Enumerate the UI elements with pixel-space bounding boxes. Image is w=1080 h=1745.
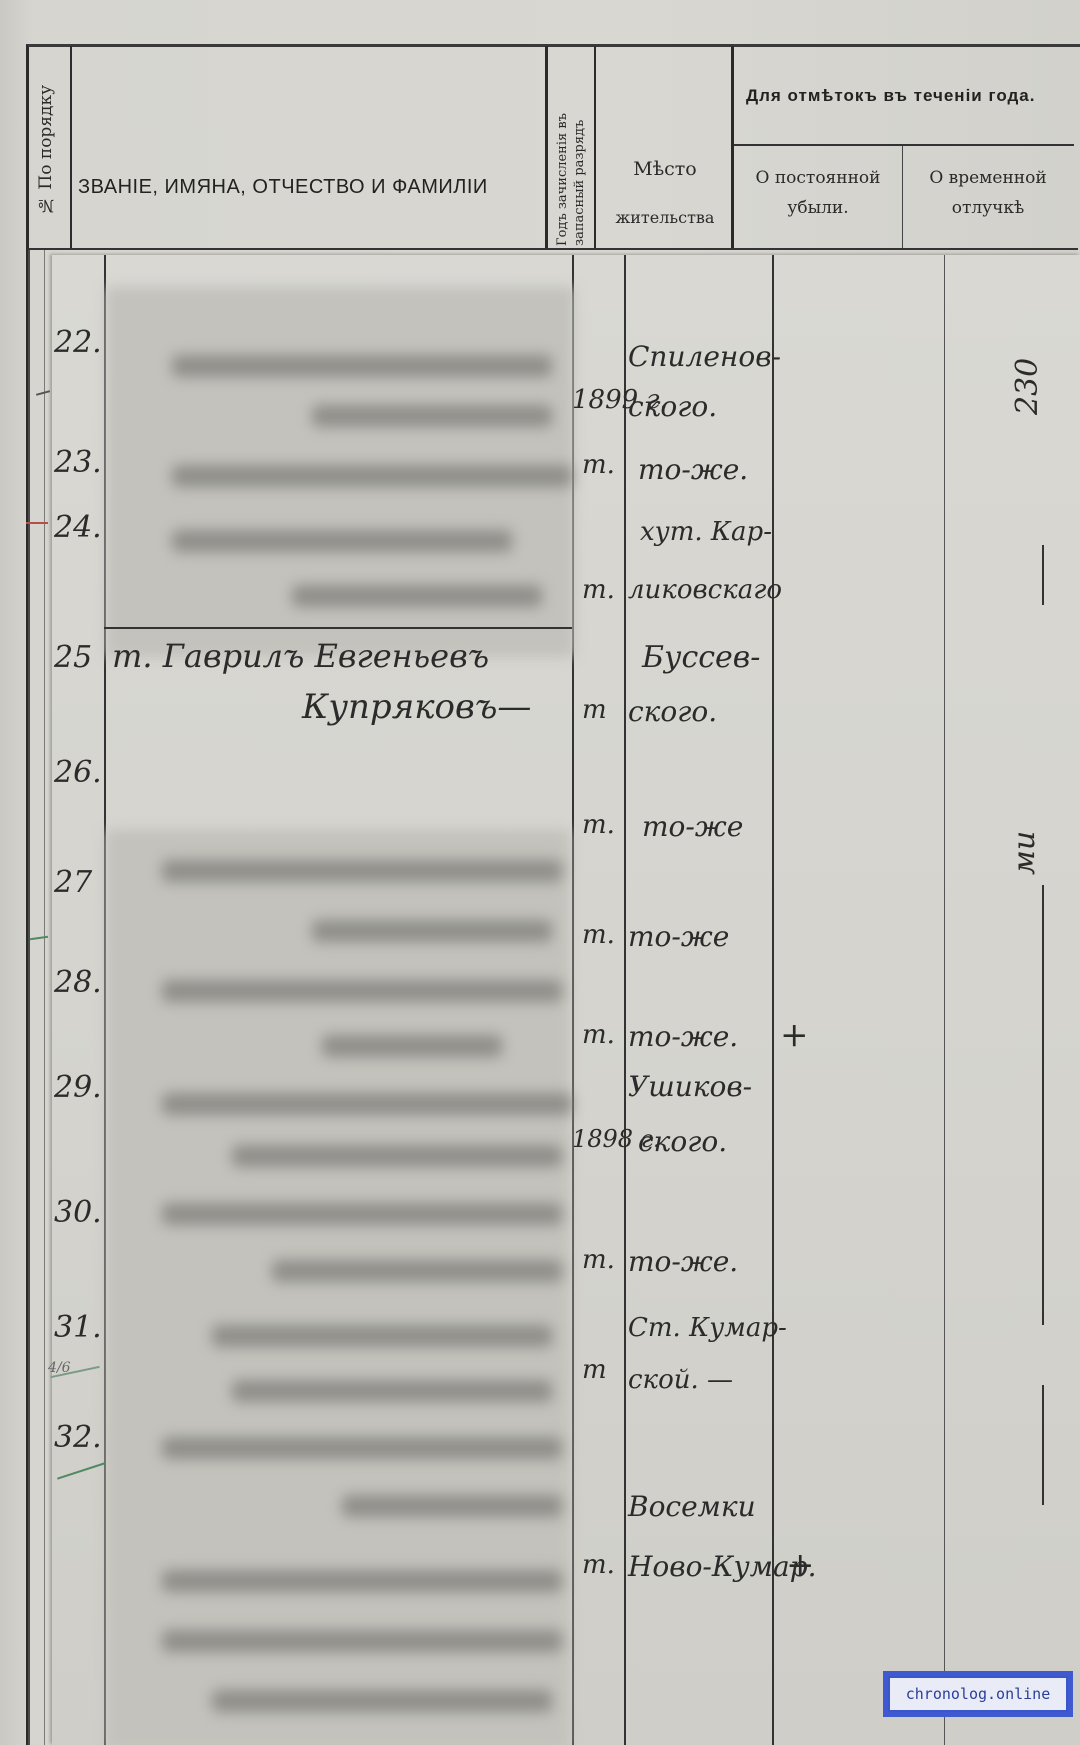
redacted-bar: [312, 405, 552, 427]
header-col-residence: Мѣсто жительства: [596, 46, 734, 250]
row-25-top-rule: [104, 627, 572, 629]
header-temporary-line1: О временной: [904, 168, 1072, 188]
underlying-rule-2: [44, 250, 45, 1745]
row-residence: то-же.: [628, 1020, 738, 1053]
rule-marks: [944, 255, 945, 1745]
row-number: 32.: [54, 1420, 102, 1455]
death-cross-mark: +: [786, 1545, 815, 1585]
header-marks-divider: [734, 144, 1074, 146]
header-residence-line2: жительства: [596, 208, 734, 227]
row-year: т.: [582, 450, 615, 480]
row-number: 25: [54, 640, 92, 675]
header-col-year: Годъ зачисленія въ запасный разрядъ: [548, 46, 596, 250]
rule-residence: [772, 255, 774, 1745]
redacted-bar: [162, 1203, 562, 1225]
row-year: т.: [582, 575, 615, 605]
row-number: 27: [54, 865, 92, 900]
redacted-bar: [322, 1035, 502, 1057]
row-residence: то-же.: [638, 453, 748, 486]
margin-note-bottom: ми: [1007, 831, 1042, 875]
row-residence: ского.: [638, 1125, 727, 1158]
row-year: т.: [582, 920, 615, 950]
header-col-name: ЗВАНІЕ, ИМЯНА, ОТЧЕСТВО И ФАМИЛІИ: [72, 46, 548, 250]
row-residence: ской. —: [628, 1365, 733, 1395]
row-year: т: [582, 695, 607, 725]
row-residence: Восемки: [628, 1490, 756, 1523]
redacted-bar: [232, 1145, 562, 1167]
margin-note-top: 230: [1010, 358, 1045, 415]
header-marks-title: Для отмѣтокъ въ теченіи года.: [746, 86, 1035, 106]
header-residence-line1: Мѣсто: [596, 158, 734, 180]
header-year-label: Годъ зачисленія въ запасный разрядъ: [554, 56, 590, 246]
header-permanent-line2: убыли.: [734, 198, 902, 218]
handwritten-sheet: 22. 23. 24. 25 26. 27 28. 29. 30. 31. 32…: [52, 255, 1080, 1745]
row-residence: Ст. Кумар-: [628, 1313, 787, 1343]
row-residence: хут. Кар-: [640, 517, 772, 547]
row-residence: ликовскаго: [628, 575, 782, 605]
margin-tick-red: [26, 522, 48, 524]
rule-year: [624, 255, 626, 1745]
row-year: т.: [582, 1550, 615, 1580]
redacted-bar: [172, 530, 512, 552]
redacted-bar: [212, 1325, 552, 1347]
redacted-bar: [272, 1260, 562, 1282]
margin-line-lower: [1042, 1385, 1044, 1505]
row-number: 28.: [54, 965, 102, 1000]
row-number: 31.: [54, 1310, 102, 1345]
row-number: 23.: [54, 445, 102, 480]
redacted-bar: [292, 585, 542, 607]
margin-green-tick: [57, 1462, 105, 1479]
header-number-label: № По порядку: [36, 60, 56, 240]
header-col-marks: Для отмѣтокъ въ теченіи года. О постоянн…: [734, 46, 1074, 250]
row-year: т.: [582, 810, 615, 840]
redacted-bar: [172, 465, 572, 487]
redacted-bar: [162, 1437, 562, 1459]
watermark-label: chronolog.online: [888, 1676, 1068, 1712]
redacted-bar: [172, 355, 552, 377]
redacted-bar: [162, 1570, 562, 1592]
row-residence: то-же.: [628, 1245, 738, 1278]
underlying-left-rule: [28, 250, 30, 1745]
header-temporary-line2: отлучкѣ: [904, 198, 1072, 218]
margin-dash: [1042, 545, 1044, 605]
redacted-bar: [162, 980, 562, 1002]
header-name-label: ЗВАНІЕ, ИМЯНА, ОТЧЕСТВО И ФАМИЛІИ: [78, 176, 488, 199]
header-permanent-line1: О постоянной: [734, 168, 902, 188]
row-residence: ского.: [628, 390, 717, 423]
row-number: 30.: [54, 1195, 102, 1230]
redacted-bar: [232, 1380, 552, 1402]
header-bottom-rule: [28, 248, 1078, 250]
redacted-bar: [342, 1495, 562, 1517]
margin-long-line: [1042, 885, 1044, 1325]
redacted-bar: [312, 920, 552, 942]
row-residence: то-же: [628, 920, 729, 953]
row-name: т. Гаврилъ Евгеньевъ: [112, 637, 489, 675]
redacted-bar: [162, 1630, 562, 1652]
row-year: т: [582, 1355, 607, 1385]
row-residence: Спиленов-: [628, 340, 781, 373]
row-name-surname: Купряковъ—: [302, 687, 531, 727]
redacted-names-26-32: [106, 830, 570, 1745]
row-year: т.: [582, 1245, 615, 1275]
row-number: 22.: [54, 325, 102, 360]
row-number: 24.: [54, 510, 102, 545]
row-number: 26.: [54, 755, 102, 790]
redacted-bar: [162, 860, 562, 882]
redacted-bar: [212, 1690, 552, 1712]
redacted-bar: [162, 1093, 572, 1115]
row-residence: Буссев-: [642, 640, 760, 675]
row-year: т.: [582, 1020, 615, 1050]
row-number: 29.: [54, 1070, 102, 1105]
header-col-number: № По порядку: [28, 46, 72, 250]
row-residence: то-же: [642, 810, 743, 843]
header-marks-subdivider: [902, 146, 903, 250]
row-residence: ского.: [628, 695, 717, 728]
row-residence: Ушиков-: [628, 1070, 752, 1103]
death-cross-mark: +: [780, 1015, 809, 1055]
